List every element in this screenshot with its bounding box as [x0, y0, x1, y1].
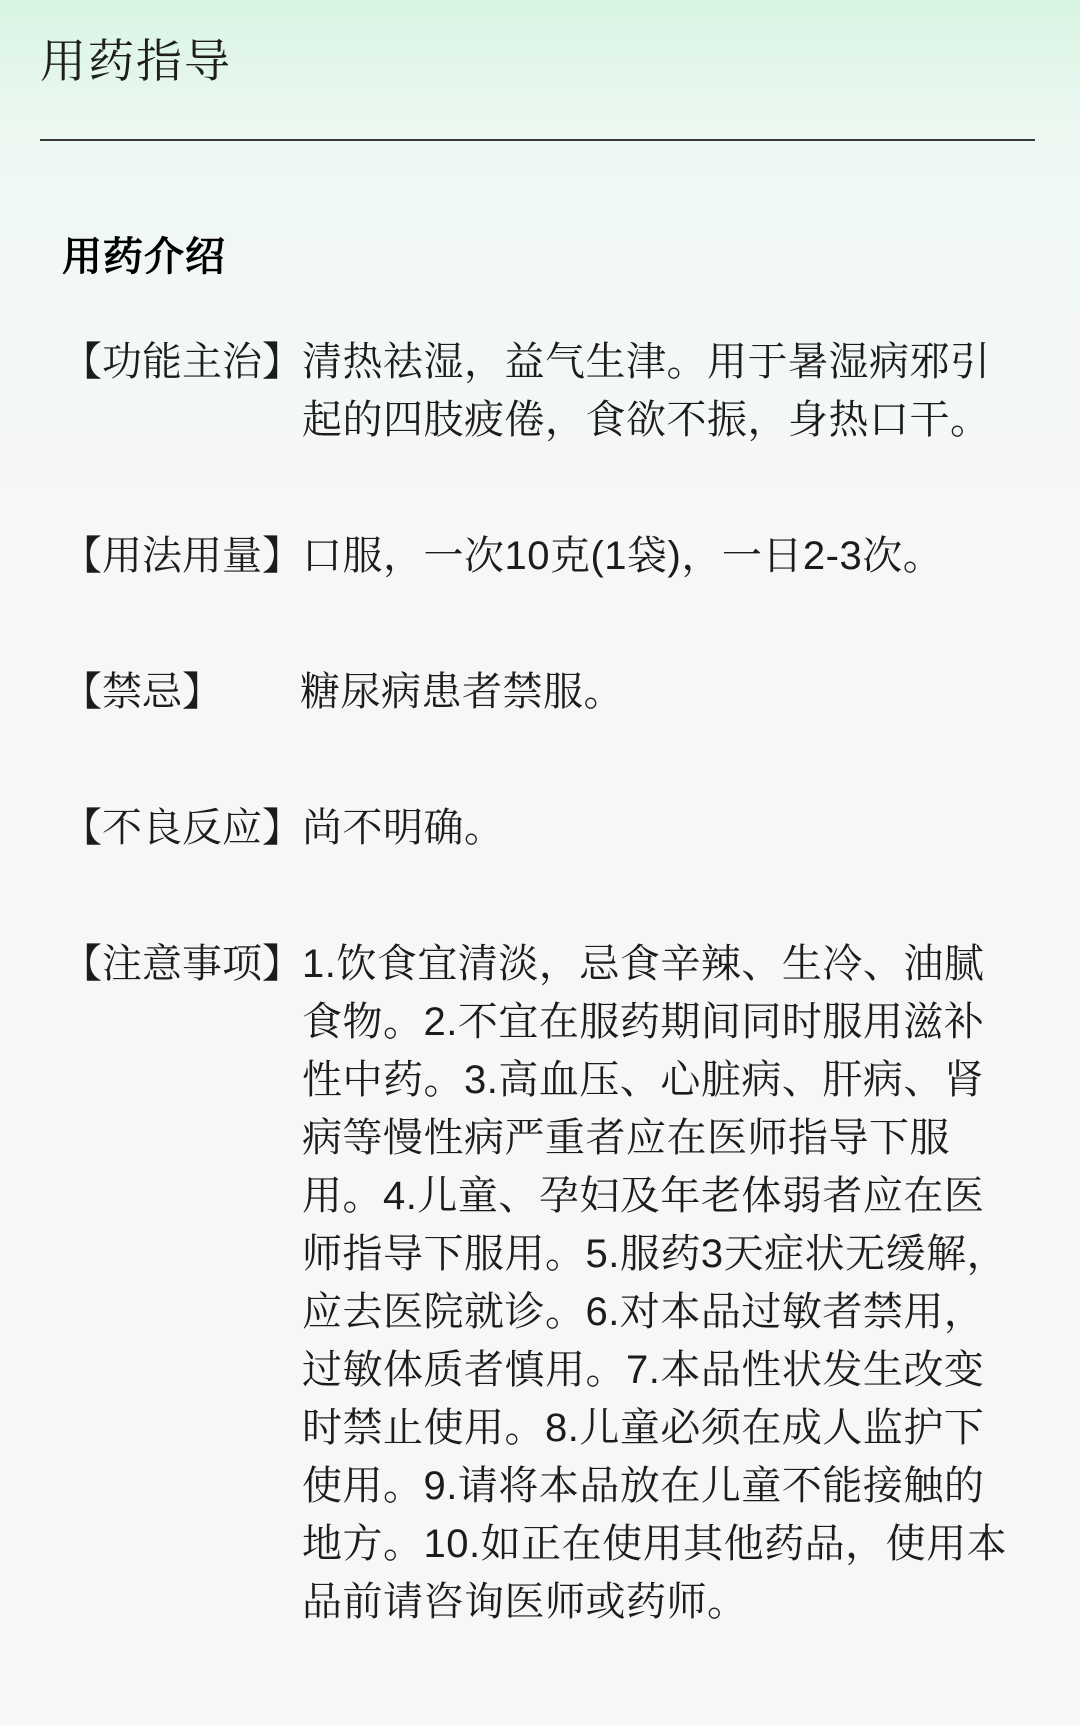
info-row-dosage: 【用法用量】 口服，一次10克(1袋)，一日2-3次。	[62, 527, 1018, 585]
info-label-adverse-reactions: 【不良反应】	[62, 799, 302, 857]
page-title: 用药指导	[40, 33, 1040, 89]
info-content-contraindications: 糖尿病患者禁服。	[300, 663, 1012, 721]
info-label-dosage: 【用法用量】	[62, 527, 302, 585]
page-header: 用药指导	[0, 0, 1080, 141]
info-row-adverse-reactions: 【不良反应】 尚不明确。	[62, 799, 1018, 857]
info-label-precautions: 【注意事项】	[62, 935, 302, 993]
section-heading: 用药介绍	[62, 233, 1018, 281]
info-list: 【功能主治】 清热祛湿，益气生津。用于暑湿病邪引起的四肢疲倦，食欲不振，身热口干…	[62, 333, 1018, 1631]
info-label-contraindications: 【禁忌】	[62, 663, 300, 721]
info-row-indications: 【功能主治】 清热祛湿，益气生津。用于暑湿病邪引起的四肢疲倦，食欲不振，身热口干…	[62, 333, 1018, 449]
info-row-contraindications: 【禁忌】 糖尿病患者禁服。	[62, 663, 1018, 721]
info-content-precautions: 1.饮食宜清淡，忌食辛辣、生冷、油腻食物。2.不宜在服药期间同时服用滋补性中药。…	[302, 935, 1014, 1631]
medication-intro-section: 用药介绍 【功能主治】 清热祛湿，益气生津。用于暑湿病邪引起的四肢疲倦，食欲不振…	[0, 141, 1080, 1631]
info-content-dosage: 口服，一次10克(1袋)，一日2-3次。	[302, 527, 1014, 585]
info-content-adverse-reactions: 尚不明确。	[302, 799, 1014, 857]
medication-guide-page: 用药指导 用药介绍 【功能主治】 清热祛湿，益气生津。用于暑湿病邪引起的四肢疲倦…	[0, 0, 1080, 1725]
info-row-precautions: 【注意事项】 1.饮食宜清淡，忌食辛辣、生冷、油腻食物。2.不宜在服药期间同时服…	[62, 935, 1018, 1631]
info-content-indications: 清热祛湿，益气生津。用于暑湿病邪引起的四肢疲倦，食欲不振，身热口干。	[302, 333, 1014, 449]
info-label-indications: 【功能主治】	[62, 333, 302, 391]
